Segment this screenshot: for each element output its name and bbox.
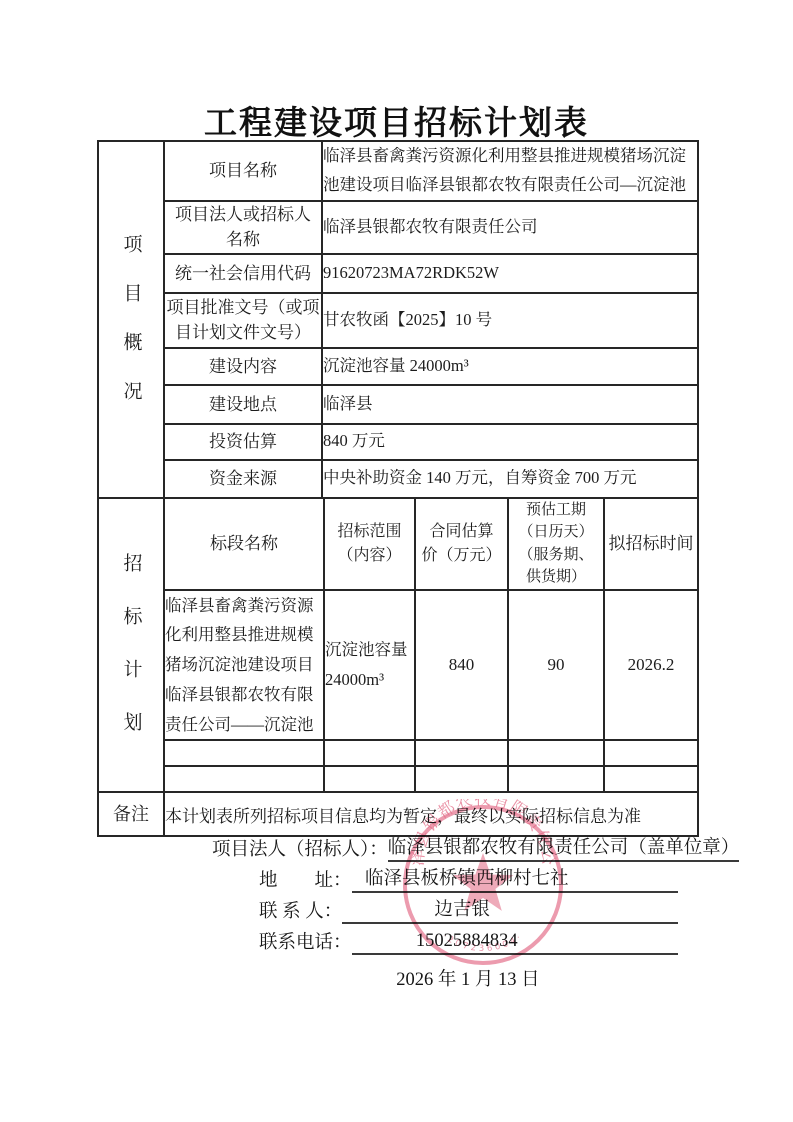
page-title: 工程建设项目招标计划表 bbox=[0, 97, 793, 144]
empty-cell bbox=[164, 740, 324, 766]
col-header-time: 拟招标时间 bbox=[604, 498, 698, 590]
plan-row-3-empty bbox=[98, 766, 698, 792]
empty-cell bbox=[324, 740, 415, 766]
row-label-location: 建设地点 bbox=[164, 385, 322, 424]
row-value-construction-content: 沉淀池容量 24000m³ bbox=[322, 348, 698, 385]
phone-value: 15025884834 bbox=[352, 931, 678, 955]
row-label-credit-code: 统一社会信用代码 bbox=[164, 254, 322, 293]
plan-duration: 90 bbox=[508, 590, 604, 740]
row-value-location: 临泽县 bbox=[322, 385, 698, 424]
row-value-funding-source: 中央补助资金 140 万元，自筹资金 700 万元 bbox=[322, 460, 698, 498]
row-value-approval-doc: 甘农牧函【2025】10 号 bbox=[322, 293, 698, 348]
plan-price: 840 bbox=[415, 590, 508, 740]
empty-cell bbox=[415, 740, 508, 766]
row-label-funding-source: 资金来源 bbox=[164, 460, 322, 498]
empty-cell bbox=[508, 740, 604, 766]
address-label: 地 址： bbox=[259, 866, 352, 893]
empty-cell bbox=[415, 766, 508, 792]
project-overview-table: 项目概况 项目名称 临泽县畜禽粪污资源化利用整县推进规模猪场沉淀 池建设项目临泽… bbox=[97, 140, 699, 499]
row-value-project-name: 临泽县畜禽粪污资源化利用整县推进规模猪场沉淀 池建设项目临泽县银都农牧有限责任公… bbox=[322, 141, 698, 201]
empty-cell bbox=[604, 740, 698, 766]
document-page: 工程建设项目招标计划表 项目概况 项目名称 临泽县畜禽粪污资源化利用整县推进规模… bbox=[0, 0, 793, 1122]
row-label-approval-doc: 项目批准文号（或项 目计划文件文号） bbox=[164, 293, 322, 348]
address-row: 地 址： 临泽县板桥镇西柳村七社 bbox=[212, 862, 678, 893]
row-value-investment: 840 万元 bbox=[322, 424, 698, 460]
col-header-scope: 招标范围 （内容） bbox=[324, 498, 415, 590]
plan-row-2-empty bbox=[98, 740, 698, 766]
tendering-plan-table: 招标计划 标段名称 招标范围 （内容） 合同估算 价（万元） 预估工期 （日历天… bbox=[97, 497, 699, 793]
row-label-investment: 投资估算 bbox=[164, 424, 322, 460]
section-label-overview: 项目概况 bbox=[98, 141, 164, 498]
section-label-plan: 招标计划 bbox=[98, 498, 164, 792]
contact-person-label: 联 系 人： bbox=[259, 897, 342, 924]
col-header-section-name: 标段名称 bbox=[164, 498, 324, 590]
contact-person-value: 边吉银 bbox=[342, 895, 678, 924]
remarks-value: 本计划表所列招标项目信息均为暂定，最终以实际招标信息为准 bbox=[164, 792, 698, 836]
empty-cell bbox=[164, 766, 324, 792]
empty-cell bbox=[508, 766, 604, 792]
plan-scope: 沉淀池容量 24000m³ bbox=[324, 590, 415, 740]
legal-person-value: 临泽县银都农牧有限责任公司（盖单位章） bbox=[388, 833, 740, 862]
phone-label: 联系电话： bbox=[259, 928, 352, 955]
legal-person-row: 项目法人（招标人）： 临泽县银都农牧有限责任公司（盖单位章） bbox=[212, 831, 678, 862]
main-table: 项目概况 项目名称 临泽县畜禽粪污资源化利用整县推进规模猪场沉淀 池建设项目临泽… bbox=[97, 140, 697, 837]
phone-row: 联系电话： 15025884834 bbox=[212, 924, 678, 955]
legal-person-label: 项目法人（招标人）： bbox=[212, 835, 388, 862]
address-value: 临泽县板桥镇西柳村七社 bbox=[352, 864, 678, 893]
row-label-project-name: 项目名称 bbox=[164, 141, 322, 201]
row-label-legal-entity: 项目法人或招标人 名称 bbox=[164, 201, 322, 254]
plan-section-name: 临泽县畜禽粪污资源 化利用整县推进规模 猪场沉淀池建设项目 临泽县银都农牧有限 … bbox=[164, 590, 324, 740]
empty-cell bbox=[324, 766, 415, 792]
signature-block: 项目法人（招标人）： 临泽县银都农牧有限责任公司（盖单位章） 地 址： 临泽县板… bbox=[212, 831, 678, 991]
empty-cell bbox=[604, 766, 698, 792]
remarks-label: 备注 bbox=[98, 792, 164, 836]
contact-person-row: 联 系 人： 边吉银 bbox=[212, 893, 678, 924]
col-header-duration: 预估工期 （日历天） （服务期、 供货期） bbox=[508, 498, 604, 590]
plan-row-1: 临泽县畜禽粪污资源 化利用整县推进规模 猪场沉淀池建设项目 临泽县银都农牧有限 … bbox=[98, 590, 698, 740]
col-header-price: 合同估算 价（万元） bbox=[415, 498, 508, 590]
plan-time: 2026.2 bbox=[604, 590, 698, 740]
row-value-legal-entity: 临泽县银都农牧有限责任公司 bbox=[322, 201, 698, 254]
document-date: 2026 年 1 月 13 日 bbox=[212, 955, 678, 991]
row-value-credit-code: 91620723MA72RDK52W bbox=[322, 254, 698, 293]
row-label-construction-content: 建设内容 bbox=[164, 348, 322, 385]
